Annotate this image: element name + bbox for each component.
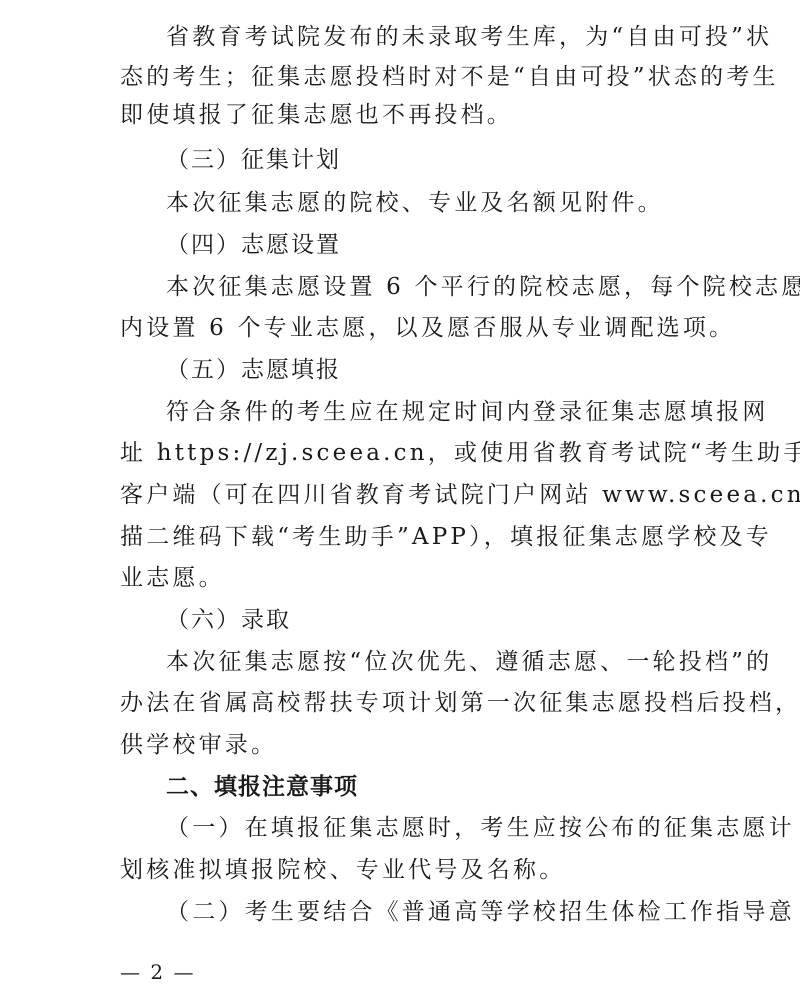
- text-line: 供学校审录。: [120, 730, 690, 760]
- section-heading: 二、填报注意事项: [166, 772, 736, 802]
- text-line: 本次征集志愿的院校、专业及名额见附件。: [166, 188, 690, 218]
- subsection-heading: （五）志愿填报: [166, 355, 736, 385]
- text-line: （一）在填报征集志愿时，考生应按公布的征集志愿计: [166, 813, 690, 843]
- text-line: 符合条件的考生应在规定时间内登录征集志愿填报网: [166, 397, 690, 427]
- text-line: （二）考生要结合《普通高等学校招生体检工作指导意: [166, 897, 690, 927]
- text-line: 址 https://zj.sceea.cn，或使用省教育考试院“考生助手”手机: [120, 438, 690, 468]
- text-line: 本次征集志愿设置 6 个平行的院校志愿，每个院校志愿: [166, 272, 690, 302]
- page-number: — 2 —: [120, 960, 195, 984]
- text-line: 客户端（可在四川省教育考试院门户网站 www.sceea.cn 上扫: [120, 480, 690, 510]
- text-line: 内设置 6 个专业志愿，以及愿否服从专业调配选项。: [120, 313, 690, 343]
- text-line: 态的考生；征集志愿投档时对不是“自由可投”状态的考生: [120, 62, 690, 92]
- text-line: 本次征集志愿按“位次优先、遵循志愿、一轮投档”的: [166, 647, 690, 677]
- text-line: 即使填报了征集志愿也不再投档。: [120, 100, 690, 130]
- text-line: 业志愿。: [120, 563, 690, 593]
- text-line: 划核准拟填报院校、专业代号及名称。: [120, 855, 690, 885]
- subsection-heading: （六）录取: [166, 605, 736, 635]
- subsection-heading: （三）征集计划: [166, 145, 736, 175]
- text-line: 办法在省属高校帮扶专项计划第一次征集志愿投档后投档，: [120, 688, 690, 718]
- text-line: 省教育考试院发布的未录取考生库，为“自由可投”状: [166, 22, 690, 52]
- text-line: 描二维码下载“考生助手”APP），填报征集志愿学校及专: [120, 522, 690, 552]
- subsection-heading: （四）志愿设置: [166, 230, 736, 260]
